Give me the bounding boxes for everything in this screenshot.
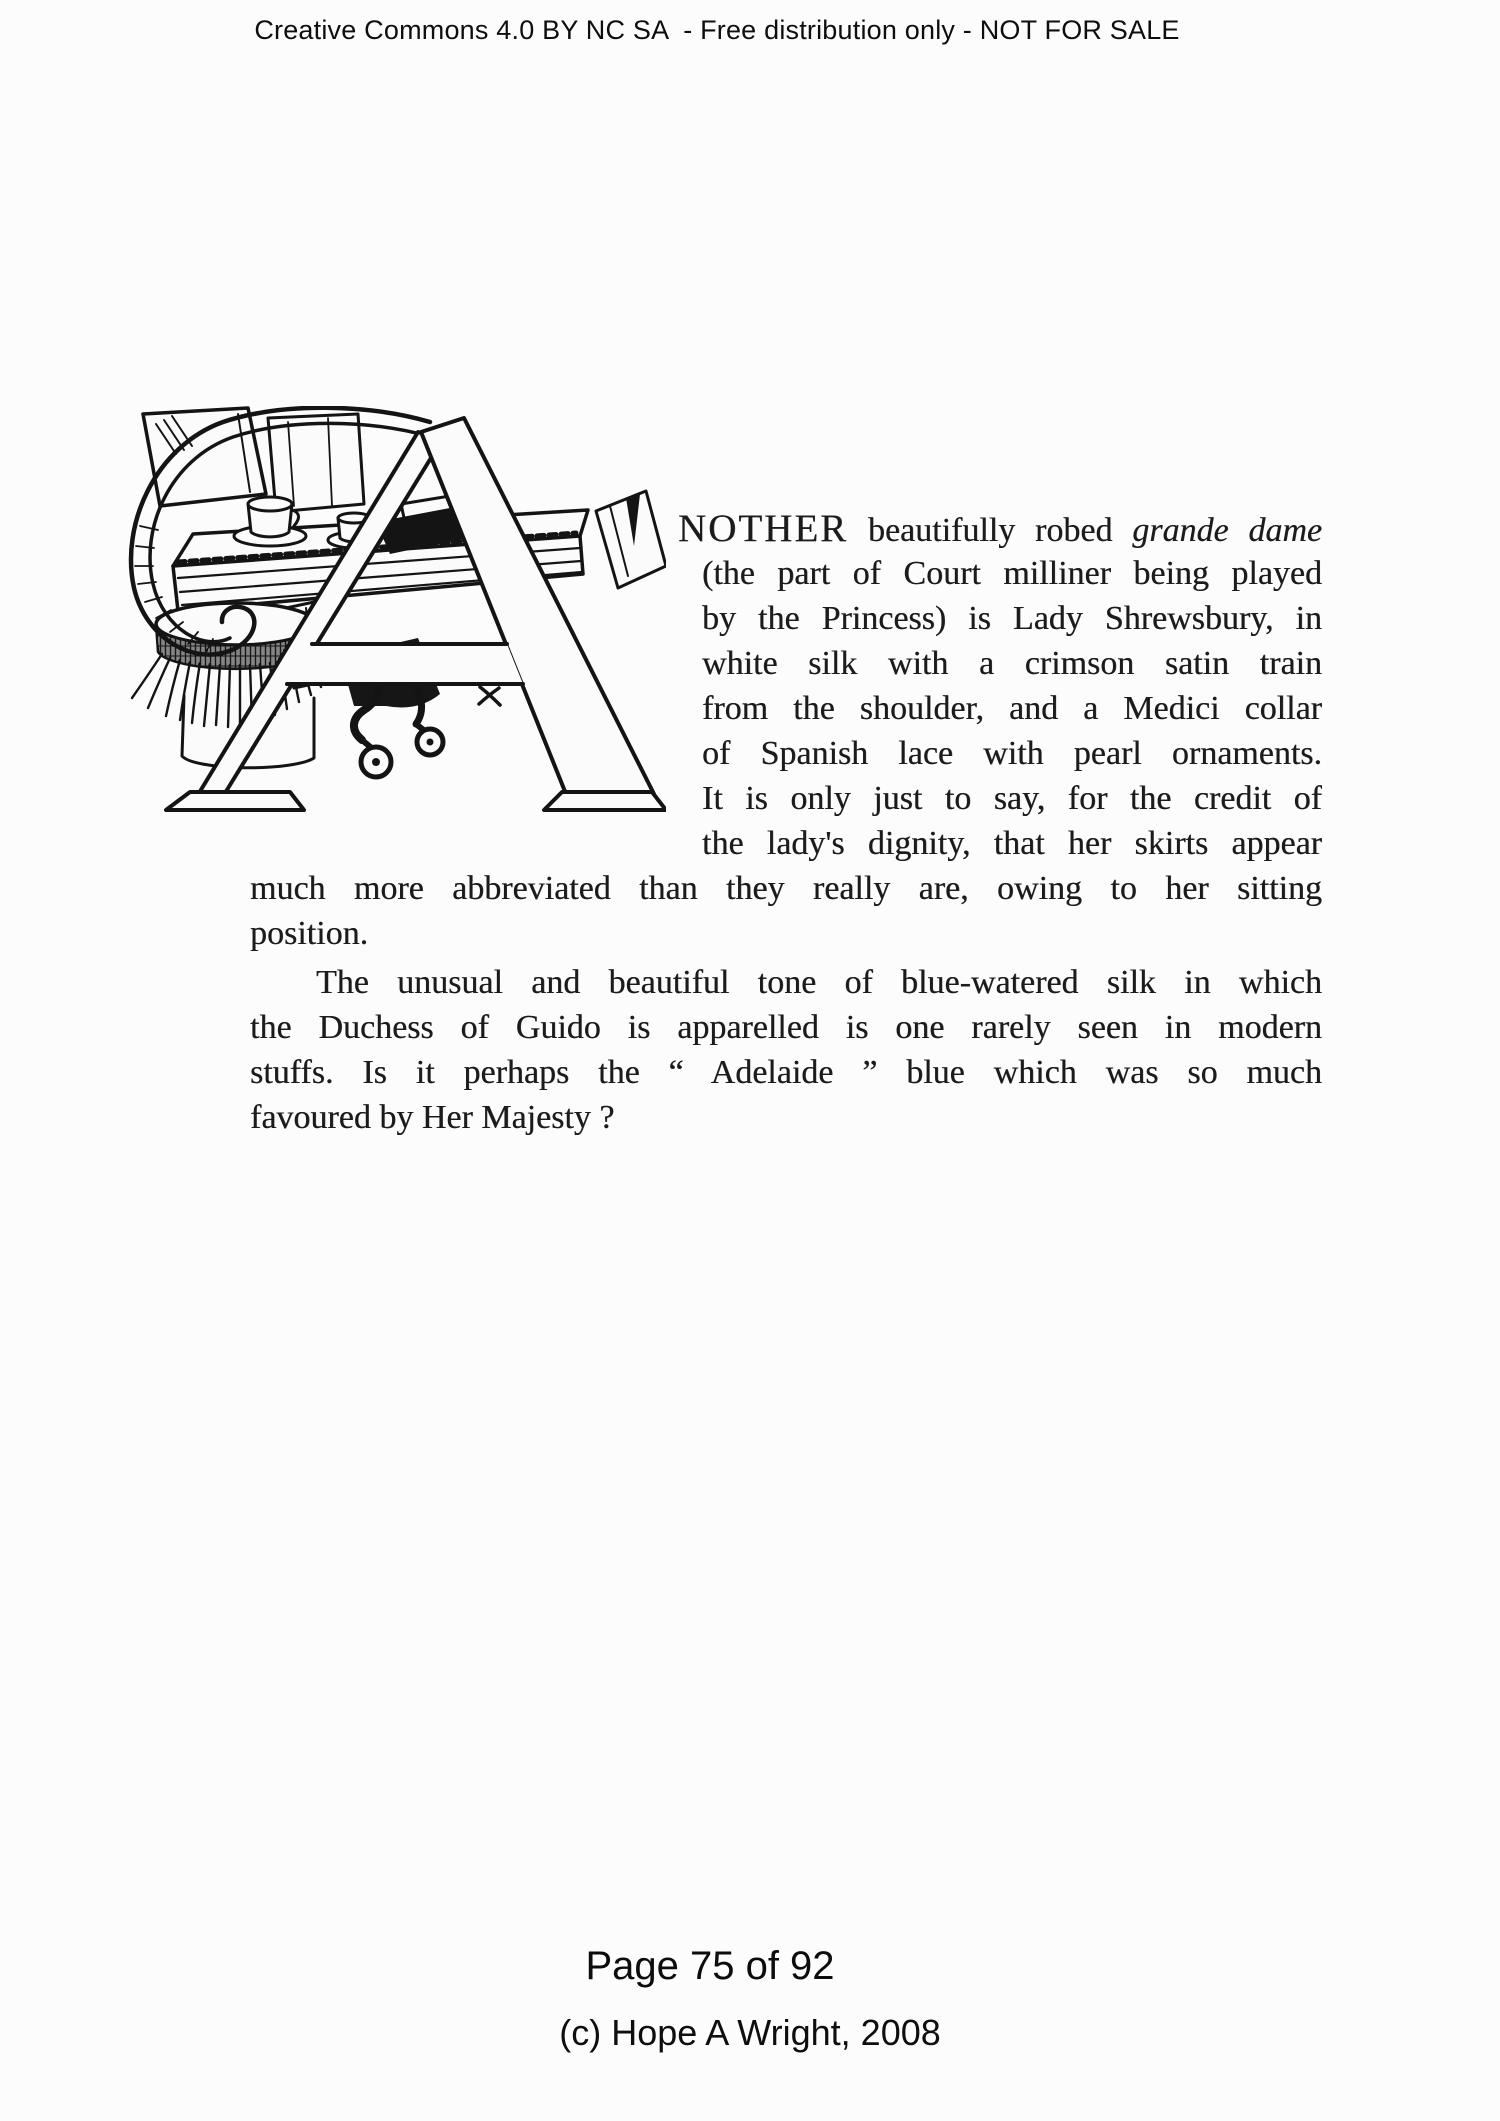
- body-line: the Duchess of Guido is apparelled is on…: [250, 1005, 1322, 1050]
- dropcap-illustration: [118, 406, 666, 820]
- copyright-notice: (c) Hope A Wright, 2008: [0, 2012, 1500, 2054]
- body-text: beautifully robed: [848, 512, 1132, 549]
- scanned-book-page: Creative Commons 4.0 BY NC SA - Free dis…: [0, 0, 1500, 2121]
- body-line: white silk with a crimson satin train: [702, 641, 1322, 686]
- body-line: of Spanish lace with pearl ornaments.: [702, 731, 1322, 776]
- page-number: Page 75 of 92: [0, 1944, 1420, 1989]
- body-line: It is only just to say, for the credit o…: [702, 776, 1322, 821]
- dropcap-continuation-text: NOTHER: [678, 507, 848, 550]
- body-line: much more abbreviated than they really a…: [250, 866, 1322, 911]
- body-line: by the Princess) is Lady Shrewsbury, in: [702, 596, 1322, 641]
- dropcap-letter-a-engraving: [118, 406, 666, 820]
- body-line: from the shoulder, and a Medici collar: [702, 686, 1322, 731]
- license-notice: Creative Commons 4.0 BY NC SA - Free dis…: [0, 15, 1434, 46]
- body-line: stuffs. Is it perhaps the “ Adelaide ” b…: [250, 1050, 1322, 1095]
- body-line: the lady's dignity, that her skirts appe…: [702, 821, 1322, 866]
- body-line: The unusual and beautiful tone of blue-w…: [250, 960, 1322, 1005]
- body-line: position.: [250, 911, 1322, 956]
- body-line: favoured by Her Majesty ?: [250, 1095, 1322, 1140]
- x-footnote-mark-icon: [479, 687, 500, 705]
- body-line-first: NOTHER beautifully robed grande dame: [678, 506, 1322, 551]
- full-width-text-block: much more abbreviated than they really a…: [250, 866, 1322, 1140]
- body-line: (the part of Court milliner being played: [702, 551, 1322, 596]
- paragraph-1-wrapped-column: NOTHER beautifully robed grande dame (th…: [702, 506, 1322, 866]
- body-text-italic: grande dame: [1132, 512, 1322, 549]
